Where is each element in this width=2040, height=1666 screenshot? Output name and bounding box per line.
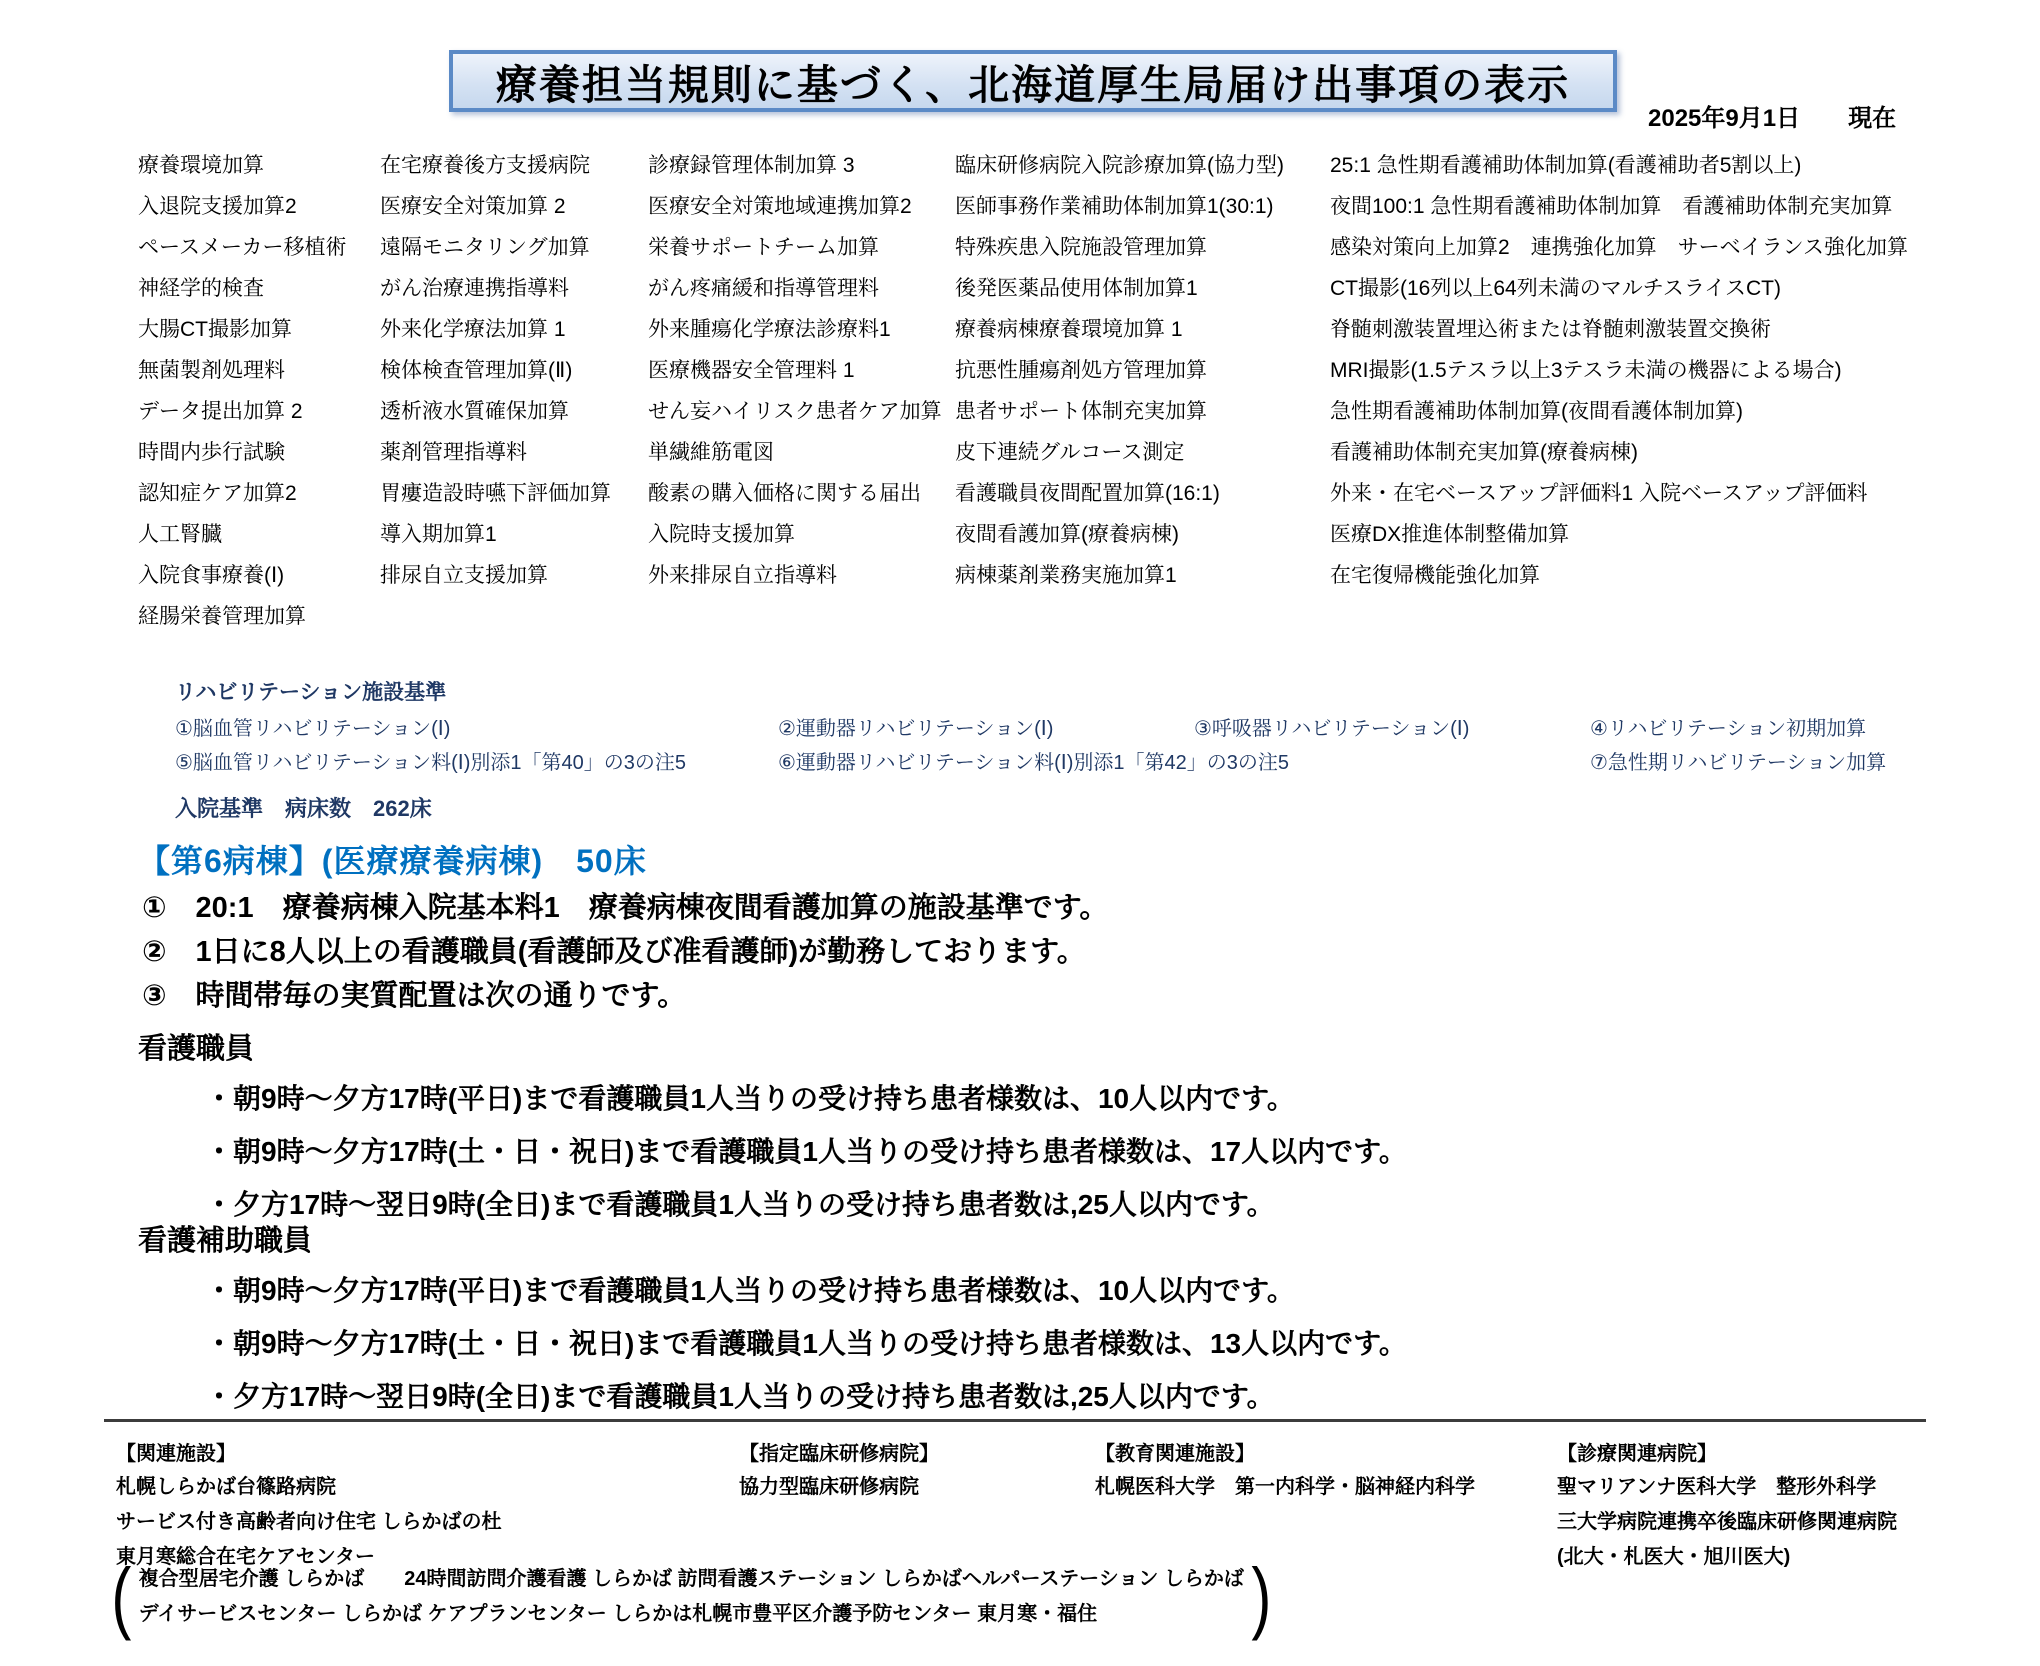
footer-clinical-hospitals: 【診療関連病院】 聖マリアンナ医科大学 整形外科学三大学病院連携卒後臨床研修関連… — [1557, 1438, 1897, 1575]
notification-item: 無菌製剤処理料 — [138, 350, 380, 391]
assistant-bullet-item: ・夕方17時～翌日9時(全日)まで看護職員1人当りの受け持ち患者数は,25人以内… — [205, 1370, 1407, 1423]
notification-column-3: 診療録管理体制加算 3医療安全対策地域連携加算2栄養サポートチーム加算がん疼痛緩… — [648, 145, 955, 637]
ward-numbered-item: ② 1日に8人以上の看護職員(看護師及び准看護師)が勤務しております。 — [142, 930, 1108, 974]
notification-item: 遠隔モニタリング加算 — [380, 227, 648, 268]
rehab-item-1: ①脳血管リハビリテーション(Ⅰ) — [175, 712, 450, 741]
notification-item: 栄養サポートチーム加算 — [648, 227, 955, 268]
notification-item: データ提出加算 2 — [138, 391, 380, 432]
footer-line: 協力型臨床研修病院 — [739, 1470, 939, 1505]
notification-item: がん疼痛緩和指導管理料 — [648, 268, 955, 309]
assistant-bullet-item: ・朝9時～夕方17時(土・日・祝日)まで看護職員1人当りの受け持ち患者様数は、1… — [205, 1317, 1407, 1370]
notification-item: 看護補助体制充実加算(療養病棟) — [1330, 432, 2032, 473]
assistant-staff-header: 看護補助職員 — [138, 1218, 312, 1259]
notification-item: 入院時支援加算 — [648, 514, 955, 555]
notification-item: 透析液水質確保加算 — [380, 391, 648, 432]
notification-item: 認知症ケア加算2 — [138, 473, 380, 514]
notification-item: 外来排尿自立指導料 — [648, 555, 955, 596]
footer-section-header: 【教育関連施設】 — [1095, 1438, 1475, 1470]
notification-document: 療養担当規則に基づく、北海道厚生局届け出事項の表示 2025年9月1日 現在 療… — [0, 0, 2040, 1666]
rehab-item-3: ③呼吸器リハビリテーション(Ⅰ) — [1194, 712, 1469, 741]
notification-item: 脊髄刺激装置埋込術または脊髄刺激装置交換術 — [1330, 309, 2032, 350]
notification-item: 医療安全対策地域連携加算2 — [648, 186, 955, 227]
ward-numbered-list: ① 20:1 療養病棟入院基本料1 療養病棟夜間看護加算の施設基準です。② 1日… — [142, 886, 1108, 1018]
ward-heading: 【第6病棟】(医療療養病棟) 50床 — [138, 836, 647, 882]
affiliated-services-lines: 複合型居宅介護 しらかば 24時間訪問介護看護 しらかば 訪問看護ステーション … — [139, 1562, 1244, 1632]
footer-line: 札幌医科大学 第一内科学・脳神経内科学 — [1095, 1470, 1475, 1505]
footer-line: (北大・札医大・旭川医大) — [1557, 1540, 1897, 1575]
affiliated-services-group: ( 複合型居宅介護 しらかば 24時間訪問介護看護 しらかば 訪問看護ステーショ… — [108, 1554, 1275, 1640]
ward-numbered-item: ① 20:1 療養病棟入院基本料1 療養病棟夜間看護加算の施設基準です。 — [142, 886, 1108, 930]
notification-item: ペースメーカー移植術 — [138, 227, 380, 268]
notification-item: 患者サポート体制充実加算 — [955, 391, 1330, 432]
footer-line: 三大学病院連携卒後臨床研修関連病院 — [1557, 1505, 1897, 1540]
nurse-bullet-item: ・夕方17時～翌日9時(全日)まで看護職員1人当りの受け持ち患者数は,25人以内… — [205, 1178, 1407, 1231]
notification-item: 胃瘻造設時嚥下評価加算 — [380, 473, 648, 514]
notification-item: 外来腫瘍化学療法診療料1 — [648, 309, 955, 350]
notification-item: 夜間看護加算(療養病棟) — [955, 514, 1330, 555]
page-title: 療養担当規則に基づく、北海道厚生局届け出事項の表示 — [496, 52, 1570, 111]
footer-line-list: 協力型臨床研修病院 — [739, 1470, 939, 1505]
notification-item: 療養病棟療養環境加算 1 — [955, 309, 1330, 350]
notification-item: 医療機器安全管理料 1 — [648, 350, 955, 391]
footer-line-list: 聖マリアンナ医科大学 整形外科学三大学病院連携卒後臨床研修関連病院(北大・札医大… — [1557, 1470, 1897, 1575]
rehab-item-5: ⑤脳血管リハビリテーション料(Ⅰ)別添1「第40」の3の注5 — [175, 746, 686, 775]
notification-item: 診療録管理体制加算 3 — [648, 145, 955, 186]
notification-item: 神経学的検査 — [138, 268, 380, 309]
notification-item: 病棟薬剤業務実施加算1 — [955, 555, 1330, 596]
open-paren: ( — [111, 1554, 131, 1640]
notification-item: 導入期加算1 — [380, 514, 648, 555]
close-paren: ) — [1251, 1554, 1271, 1640]
footer-section-header: 【診療関連病院】 — [1557, 1438, 1897, 1470]
rehab-item-2: ②運動器リハビリテーション(Ⅰ) — [778, 712, 1053, 741]
nurse-bullet-list: ・朝9時～夕方17時(平日)まで看護職員1人当りの受け持ち患者様数は、10人以内… — [205, 1072, 1407, 1231]
notification-item: 医師事務作業補助体制加算1(30:1) — [955, 186, 1330, 227]
notification-item: 療養環境加算 — [138, 145, 380, 186]
notification-item: 外来化学療法加算 1 — [380, 309, 648, 350]
ward-numbered-item: ③ 時間帯毎の実質配置は次の通りです。 — [142, 974, 1108, 1018]
notification-item: 医療DX推進体制整備加算 — [1330, 514, 2032, 555]
nurse-bullet-item: ・朝9時～夕方17時(土・日・祝日)まで看護職員1人当りの受け持ち患者様数は、1… — [205, 1125, 1407, 1178]
notification-item: 大腸CT撮影加算 — [138, 309, 380, 350]
footer-line: 札幌しらかば台篠路病院 — [116, 1470, 502, 1505]
notification-item: 入退院支援加算2 — [138, 186, 380, 227]
notification-item: 特殊疾患入院施設管理加算 — [955, 227, 1330, 268]
notification-item: 感染対策向上加算2 連携強化加算 サーベイランス強化加算 — [1330, 227, 2032, 268]
notification-item: CT撮影(16列以上64列未満のマルチスライスCT) — [1330, 268, 2032, 309]
notification-item: 薬剤管理指導料 — [380, 432, 648, 473]
rehab-item-6: ⑥運動器リハビリテーション料(Ⅰ)別添1「第42」の3の注5 — [778, 746, 1289, 775]
affiliated-services-line-2: デイサービスセンター しらかば ケアプランセンター しらかは札幌市豊平区介護予防… — [139, 1597, 1244, 1632]
notification-grid: 療養環境加算入退院支援加算2ペースメーカー移植術神経学的検査大腸CT撮影加算無菌… — [138, 145, 2032, 637]
rehab-item-7: ⑦急性期リハビリテーション加算 — [1590, 746, 1886, 775]
notification-item: 医療安全対策加算 2 — [380, 186, 648, 227]
footer-section-header: 【指定臨床研修病院】 — [739, 1438, 939, 1470]
notification-column-1: 療養環境加算入退院支援加算2ペースメーカー移植術神経学的検査大腸CT撮影加算無菌… — [138, 145, 380, 637]
notification-item: 酸素の購入価格に関する届出 — [648, 473, 955, 514]
nurse-bullet-item: ・朝9時～夕方17時(平日)まで看護職員1人当りの受け持ち患者様数は、10人以内… — [205, 1072, 1407, 1125]
notification-item: MRI撮影(1.5テスラ以上3テスラ未満の機器による場合) — [1330, 350, 2032, 391]
notification-item: せん妄ハイリスク患者ケア加算 — [648, 391, 955, 432]
assistant-bullet-item: ・朝9時～夕方17時(平日)まで看護職員1人当りの受け持ち患者様数は、10人以内… — [205, 1264, 1407, 1317]
notification-column-5: 25:1 急性期看護補助体制加算(看護補助者5割以上)夜間100:1 急性期看護… — [1330, 145, 2032, 637]
footer-line-list: 札幌医科大学 第一内科学・脳神経内科学 — [1095, 1470, 1475, 1505]
footer-section-header: 【関連施設】 — [116, 1438, 502, 1470]
notification-item: 夜間100:1 急性期看護補助体制加算 看護補助体制充実加算 — [1330, 186, 2032, 227]
notification-item: 在宅復帰機能強化加算 — [1330, 555, 2032, 596]
notification-item: 検体検査管理加算(Ⅱ) — [380, 350, 648, 391]
notification-column-2: 在宅療養後方支援病院医療安全対策加算 2遠隔モニタリング加算がん治療連携指導料外… — [380, 145, 648, 637]
as-of-date: 2025年9月1日 現在 — [1648, 98, 1896, 133]
notification-item: 臨床研修病院入院診療加算(協力型) — [955, 145, 1330, 186]
notification-item: がん治療連携指導料 — [380, 268, 648, 309]
footer-designated-hospital: 【指定臨床研修病院】 協力型臨床研修病院 — [739, 1438, 939, 1505]
notification-item: 看護職員夜間配置加算(16:1) — [955, 473, 1330, 514]
notification-item: 皮下連続グルコース測定 — [955, 432, 1330, 473]
notification-item: 急性期看護補助体制加算(夜間看護体制加算) — [1330, 391, 2032, 432]
affiliated-services-line-1: 複合型居宅介護 しらかば 24時間訪問介護看護 しらかば 訪問看護ステーション … — [139, 1562, 1244, 1597]
notification-item: 入院食事療養(Ⅰ) — [138, 555, 380, 596]
notification-item: 25:1 急性期看護補助体制加算(看護補助者5割以上) — [1330, 145, 2032, 186]
notification-item: 単繊維筋電図 — [648, 432, 955, 473]
assistant-bullet-list: ・朝9時～夕方17時(平日)まで看護職員1人当りの受け持ち患者様数は、10人以内… — [205, 1264, 1407, 1423]
footer-line: サービス付き高齢者向け住宅 しらかばの杜 — [116, 1505, 502, 1540]
notification-item: 経腸栄養管理加算 — [138, 596, 380, 637]
notification-item: 在宅療養後方支援病院 — [380, 145, 648, 186]
notification-item: 排尿自立支援加算 — [380, 555, 648, 596]
notification-item: 後発医薬品使用体制加算1 — [955, 268, 1330, 309]
rehab-section: リハビリテーション施設基準 ①脳血管リハビリテーション(Ⅰ) ②運動器リハビリテ… — [175, 676, 1975, 780]
notification-column-4: 臨床研修病院入院診療加算(協力型)医師事務作業補助体制加算1(30:1)特殊疾患… — [955, 145, 1330, 637]
admission-standard-beds: 入院基準 病床数 262床 — [175, 792, 432, 823]
notification-item: 時間内歩行試験 — [138, 432, 380, 473]
notification-item: 抗悪性腫瘍剤処方管理加算 — [955, 350, 1330, 391]
rehab-item-4: ④リハビリテーション初期加算 — [1590, 712, 1866, 741]
footer-divider — [104, 1419, 1926, 1422]
footer-education-facilities: 【教育関連施設】 札幌医科大学 第一内科学・脳神経内科学 — [1095, 1438, 1475, 1505]
title-banner: 療養担当規則に基づく、北海道厚生局届け出事項の表示 — [449, 50, 1617, 112]
notification-item: 人工腎臓 — [138, 514, 380, 555]
rehab-section-header: リハビリテーション施設基準 — [175, 676, 446, 706]
nurse-staff-header: 看護職員 — [138, 1026, 254, 1067]
footer-line: 聖マリアンナ医科大学 整形外科学 — [1557, 1470, 1897, 1505]
notification-item: 外来・在宅ベースアップ評価料1 入院ベースアップ評価料 — [1330, 473, 2032, 514]
